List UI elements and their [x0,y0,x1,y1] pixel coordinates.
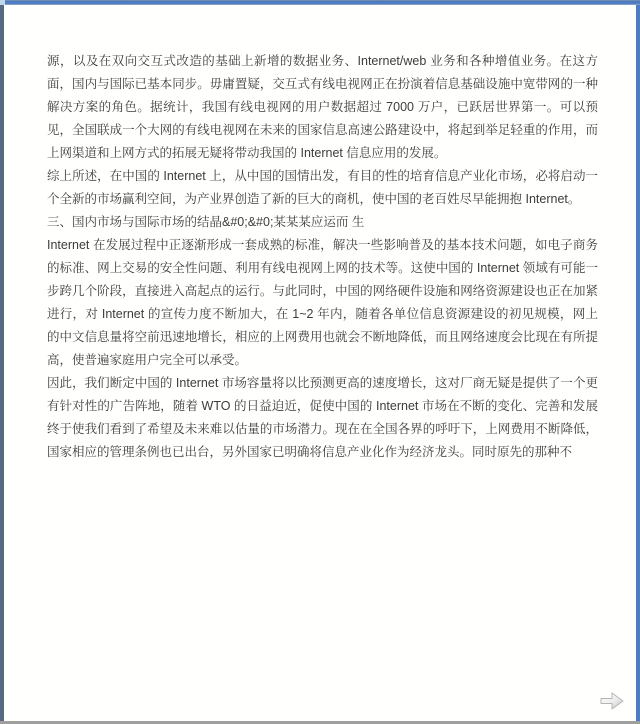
paragraph-3: Internet 在发展过程中正逐渐形成一套成熟的标准，解决一些影响普及的基本技… [47,234,598,372]
window-right-border [636,0,640,724]
paragraph-2: 综上所述，在中国的 Internet 上，从中国的国情出发，有目的性的培育信息产… [47,165,598,211]
section-heading: 三、国内市场与国际市场的结晶&#0;&#0;某某某应运而 生 [47,211,598,234]
window-top-border [0,0,640,5]
window-left-border [0,0,4,724]
paragraph-4: 因此，我们断定中国的 Internet 市场容量将以比预测更高的速度增长，这对厂… [47,372,598,464]
next-page-arrow-icon[interactable] [598,689,626,713]
paragraph-1: 源，以及在双向交互式改造的基础上新增的数据业务、Internet/web 业务和… [47,50,598,165]
right-arrow-glyph [598,689,626,713]
document-page: 源，以及在双向交互式改造的基础上新增的数据业务、Internet/web 业务和… [4,5,636,721]
window-corner-notch [0,0,5,5]
